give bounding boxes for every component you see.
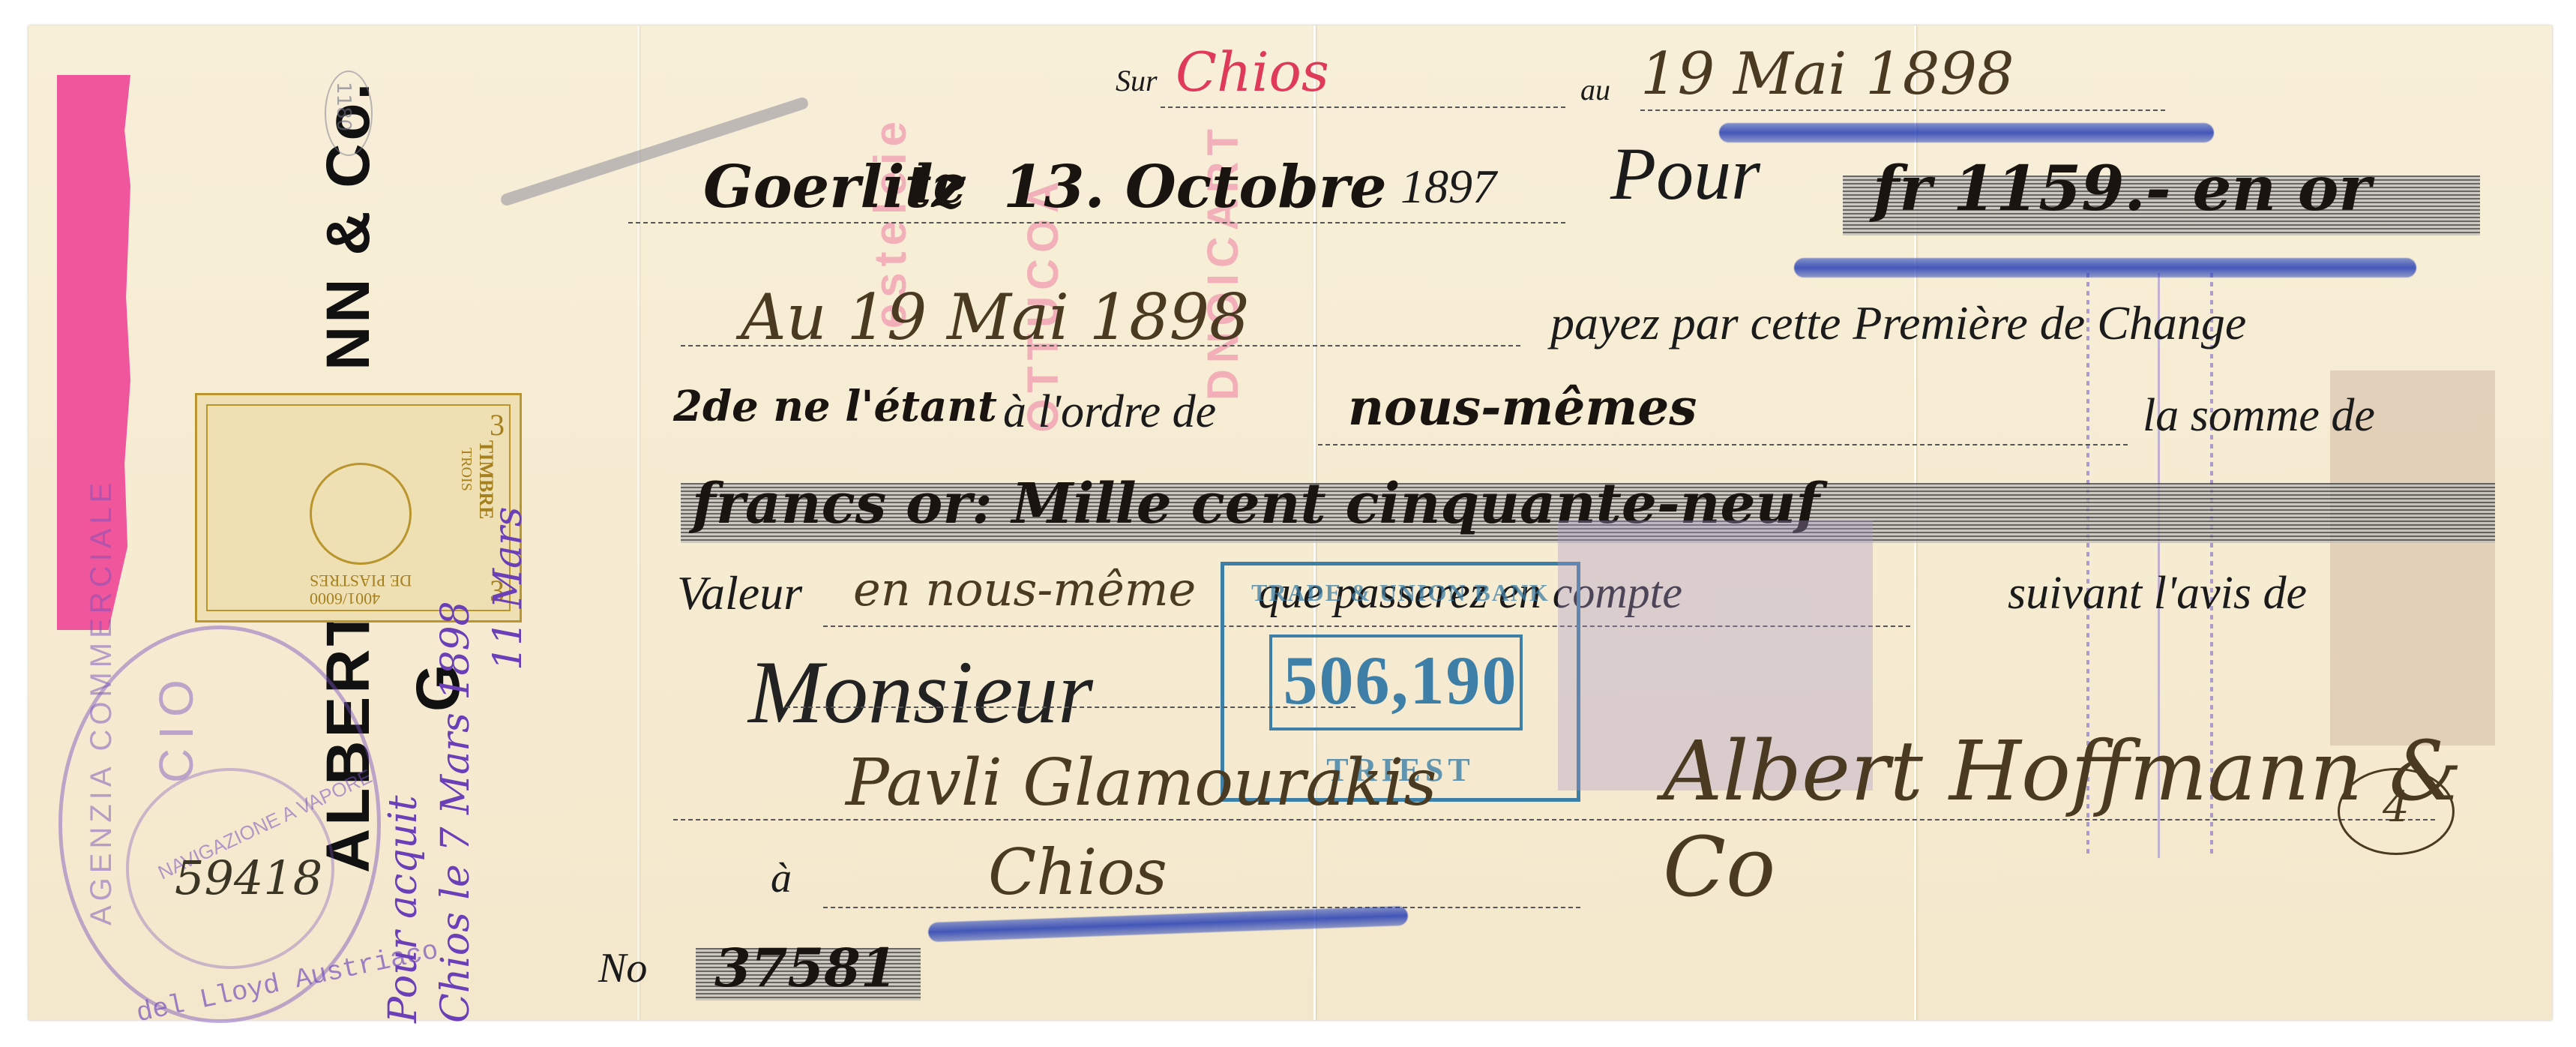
issue-date: 13. Octobre <box>1003 153 1387 221</box>
drawee-city: Chios <box>988 835 1167 909</box>
due-date-header: 19 Mai 1898 <box>1640 40 2014 108</box>
sur-place: Chios <box>1176 40 1329 103</box>
endorsement-line: Pour acquit <box>381 796 426 1024</box>
revenue-corner: 3 <box>490 407 505 442</box>
order-prefix: 2de ne l'étant <box>673 382 997 431</box>
blue-crayon-mark <box>1719 123 2214 142</box>
lloyd-outer-text: AGENZIA COMMERCIALE <box>85 478 118 925</box>
issue-year: 1897 <box>1400 159 1496 214</box>
pencil-number: 59418 <box>175 850 322 905</box>
valeur-label: Valeur <box>677 565 802 621</box>
lloyd-fragment: CIO <box>148 670 204 783</box>
top-circle-number: 1180 <box>332 82 355 131</box>
a-label: à <box>771 854 792 902</box>
revenue-denomination: DE PIASTRES <box>310 571 412 590</box>
salutation: Monsieur <box>748 640 1093 744</box>
payment-clause: payez par cette Première de Change <box>1550 295 2246 351</box>
avis-label: suivant l'avis de <box>2008 567 2307 620</box>
bill-of-exchange: esteleie OTTUCOA DNOICART Sur Chios au 1… <box>28 25 2552 1020</box>
pour-label: Pour <box>1610 130 1760 217</box>
le-label: le <box>913 153 966 215</box>
order-label: à l'ordre de <box>1003 385 1216 439</box>
drawee-name: Pavli Glamourakis <box>846 745 1437 820</box>
sum-label: la somme de <box>2143 389 2375 442</box>
bill-number: 37581 <box>714 937 897 999</box>
revenue-stamp: TIMBRE TROIS DE PIASTRES 4001/6000 3 3 <box>195 393 522 622</box>
au-label: au <box>1580 72 1610 107</box>
valeur-handwritten: en nous-même <box>853 562 1196 616</box>
endorsement-line: Chios le 7 Mars 1898 <box>433 601 478 1023</box>
fold-line <box>637 25 640 1020</box>
payee: nous-mêmes <box>1348 378 1697 436</box>
sur-label: Sur <box>1116 63 1158 98</box>
amount-figures: fr 1159.- en or <box>1873 153 2371 225</box>
due-date: Au 19 Mai 1898 <box>741 280 1249 354</box>
bank-stamp-number: 506,190 <box>1224 640 1577 720</box>
revenue-value-word: TROIS <box>457 448 475 491</box>
revenue-serial: 4001/6000 <box>310 589 380 608</box>
endorsement-line: 11 Mars <box>486 507 531 671</box>
bank-stamp-name: TRADE & UNION BANK <box>1224 579 1577 607</box>
number-label: No <box>598 944 647 992</box>
tughra-emblem <box>310 463 412 565</box>
blue-crayon-mark <box>928 906 1409 942</box>
blue-crayon-mark <box>1794 258 2416 277</box>
signature-mark: 4 <box>2383 783 2410 832</box>
